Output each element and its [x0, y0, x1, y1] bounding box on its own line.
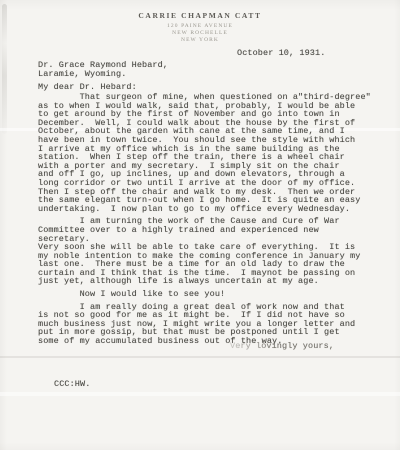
body-paragraph-1: That surgeon of mine, when questioned on…: [38, 93, 373, 213]
letterhead-state: NEW YORK: [0, 37, 400, 44]
letterhead-city: NEW ROCHELLE: [0, 30, 400, 37]
scan-streak: [0, 356, 400, 358]
body-paragraph-4: I am really doing a great deal of work n…: [38, 303, 373, 346]
letterhead-street: 120 PAINE AVENUE: [0, 23, 400, 30]
letterhead-name: CARRIE CHAPMAN CATT: [0, 11, 400, 20]
typist-initials: CCC:HW.: [54, 380, 90, 389]
body-paragraph-2: I am turning the work of the Cause and C…: [38, 217, 373, 286]
scan-streak: [0, 392, 400, 396]
salutation: My dear Dr. Hebard:: [38, 83, 137, 92]
closing-valediction: Very lovingly yours,: [230, 342, 334, 351]
body-paragraph-3: Now I would like to see you!: [38, 290, 373, 299]
scanned-letter-page: CARRIE CHAPMAN CATT 120 PAINE AVENUE NEW…: [0, 0, 400, 450]
letterhead: CARRIE CHAPMAN CATT 120 PAINE AVENUE NEW…: [0, 11, 400, 44]
recipient-address: Dr. Grace Raymond Hebard, Laramie, Wyomi…: [38, 61, 168, 78]
letter-date: October 10, 1931.: [237, 49, 325, 58]
letter-body: That surgeon of mine, when questioned on…: [38, 93, 373, 350]
